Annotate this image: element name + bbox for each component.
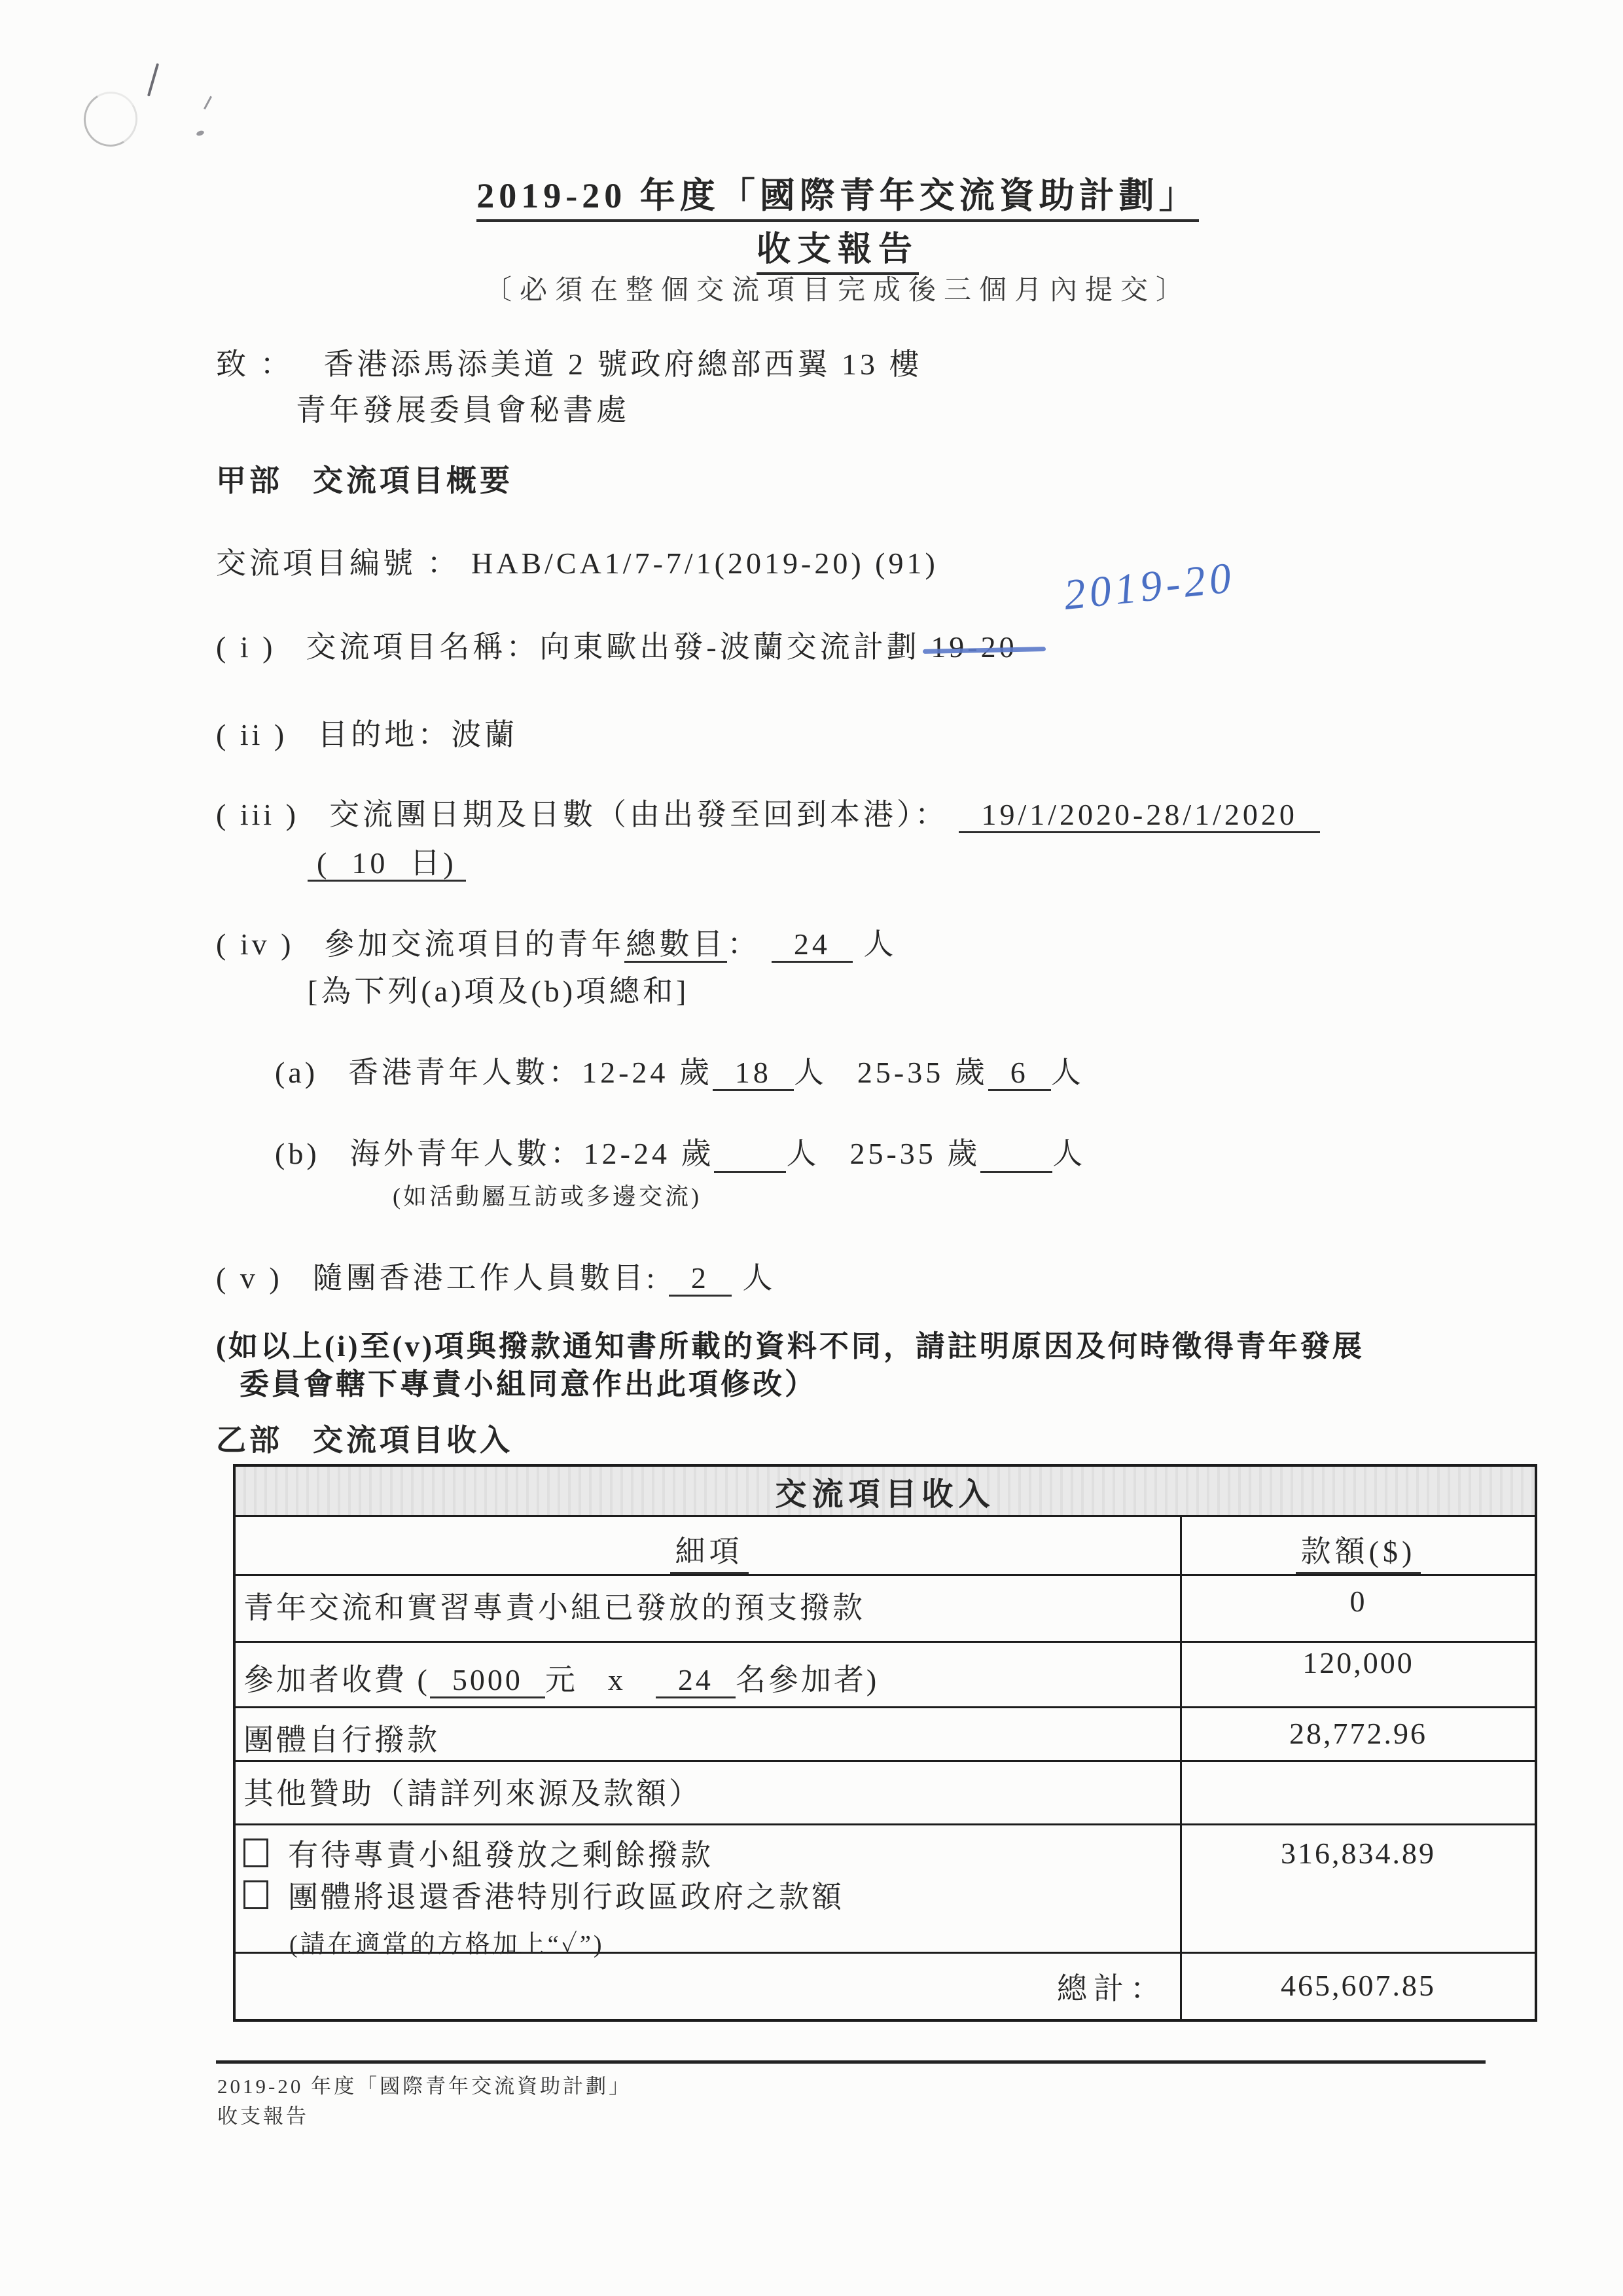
checkbox-refund-to-government[interactable]	[243, 1880, 268, 1909]
scan-artifact-dot	[196, 130, 205, 137]
document-title-line2: 收支報告	[216, 221, 1459, 270]
row2-times: x	[608, 1663, 626, 1696]
table-band-title: 交流項目收入	[236, 1467, 1535, 1515]
item-iv-line: ( iv )參加交流項目的青年總數目： 24 人	[216, 920, 897, 963]
item-ii-line: ( ii )目的地：波蘭	[216, 711, 518, 754]
section-a-title: 交流項目概要	[313, 464, 513, 497]
row2-pre: 參加者收費 (	[243, 1663, 430, 1696]
scan-artifact-mark	[204, 96, 212, 110]
total-label-cell: 總計：	[236, 1954, 1182, 2019]
col-header-amount: 款額($)	[1182, 1517, 1535, 1574]
item-ii-label: 目的地：	[317, 718, 451, 751]
title-text: 2019-20 年度「國際青年交流資助計劃」	[476, 176, 1198, 222]
row4-label: 其他贊助（請詳列來源及款額）	[243, 1777, 702, 1810]
footer-line2: 收支報告	[217, 2100, 309, 2129]
item-iii-index: ( iii )	[216, 798, 299, 831]
item-iii-days: ( 10 日)	[308, 846, 466, 882]
row5-option1: 有待專責小組發放之剩餘撥款	[243, 1835, 1175, 1871]
item-ii-index: ( ii )	[216, 718, 287, 751]
footer-line1: 2019-20 年度「國際青年交流資助計劃」	[217, 2070, 632, 2099]
item-v-unit: 人	[742, 1261, 776, 1295]
to-address-line2: 青年發展委員會秘書處	[296, 393, 630, 427]
to-address-line1: 香港添馬添美道 2 號政府總部西翼 13 樓	[324, 348, 923, 381]
document-title-line1: 2019-20 年度「國際青年交流資助計劃」	[216, 168, 1459, 218]
row2-label-cell: 參加者收費 (5000元x24名參加者)	[236, 1643, 1182, 1706]
row1-amount: 0	[1350, 1585, 1367, 1618]
total-amount-cell: 465,607.85	[1182, 1954, 1535, 2019]
section-b-title: 交流項目收入	[313, 1424, 513, 1457]
row2-amount: 120,000	[1302, 1646, 1414, 1679]
item-iii-dates: 19/1/2020-28/1/2020	[959, 798, 1319, 833]
item-a-label: 香港青年人數：	[348, 1056, 582, 1089]
item-b-index: (b)	[275, 1137, 320, 1170]
row5-options-cell: 有待專責小組發放之剩餘撥款 團體將退還香港特別行政區政府之款額 (請在適當的方格…	[236, 1825, 1182, 1952]
document-page: 2019-20 年度「國際青年交流資助計劃」 收支報告 〔必須在整個交流項目完成…	[0, 0, 1623, 2296]
addressee-line2: 青年發展委員會秘書處	[296, 386, 630, 429]
row5-option1-label: 有待專責小組發放之剩餘撥款	[288, 1831, 713, 1874]
item-iv-label-pre: 參加交流項目的青年	[324, 927, 624, 961]
amendment-note-line1: (如以上(i)至(v)項與撥款通知書所載的資料不同，請註明原因及何時徵得青年發展	[216, 1322, 1364, 1365]
row5-amount: 316,834.89	[1281, 1837, 1436, 1870]
item-iv-index: ( iv )	[216, 927, 294, 961]
row1-label-cell: 青年交流和實習專責小組已發放的預支撥款	[236, 1576, 1182, 1641]
row4-amount-cell	[1182, 1762, 1535, 1823]
scan-artifact-circle	[78, 86, 143, 152]
item-a-group2: 25-35 歲	[857, 1056, 988, 1089]
table-row-participant-fees: 參加者收費 (5000元x24名參加者) 120,000	[236, 1641, 1535, 1706]
item-i-value: 向東歐出發-波蘭交流計劃	[539, 630, 919, 664]
col-header-item: 細項	[236, 1517, 1182, 1574]
item-b-line: (b)海外青年人數：12-24 歲人25-35 歲人	[275, 1130, 1086, 1173]
row3-label-cell: 團體自行撥款	[236, 1708, 1182, 1760]
row2-post: 名參加者)	[736, 1663, 879, 1696]
income-table: 交流項目收入 細項 款額($) 青年交流和實習專責小組已發放的預支撥款 0 參加…	[233, 1464, 1537, 2022]
item-b-note: (如活動屬互訪或多邊交流)	[393, 1178, 702, 1211]
row2-amount-cell: 120,000	[1182, 1643, 1535, 1706]
item-b-unit1: 人	[786, 1137, 819, 1170]
item-i-label: 交流項目名稱：	[306, 630, 539, 664]
item-b-group1: 12-24 歲	[584, 1137, 715, 1170]
item-iii-days-line: ( 10 日)	[308, 839, 466, 882]
item-b-group2: 25-35 歲	[849, 1137, 980, 1170]
submission-deadline-note: 〔必須在整個交流項目完成後三個月內提交〕	[216, 268, 1459, 308]
row2-unit: 元	[545, 1663, 578, 1696]
row3-label: 團體自行撥款	[243, 1723, 440, 1757]
item-i-line: ( i )交流項目名稱：向東歐出發-波蘭交流計劃 19-20	[216, 623, 1018, 666]
handwritten-year-correction: 2019-20	[1061, 553, 1237, 620]
item-i-struck-year: 19-20	[931, 630, 1017, 664]
item-i-index: ( i )	[216, 630, 276, 664]
total-label: 總計：	[1057, 1965, 1167, 2008]
row3-amount: 28,772.96	[1289, 1717, 1427, 1750]
item-a-value1: 18	[713, 1056, 794, 1091]
item-iv-label-underlined: 總數目	[624, 927, 727, 963]
item-iv-unit: 人	[863, 927, 897, 961]
item-iv-total-count: 24	[772, 927, 853, 963]
project-ref-value: HAB/CA1/7-7/1(2019-20) (91)	[471, 547, 938, 580]
table-row-org-funding: 團體自行撥款 28,772.96	[236, 1706, 1535, 1760]
table-band-row: 交流項目收入	[236, 1467, 1535, 1515]
row2-fee: 5000	[430, 1663, 545, 1698]
item-v-value: 2	[669, 1261, 732, 1297]
footer-rule	[216, 2060, 1486, 2064]
item-b-value1-blank[interactable]	[714, 1142, 786, 1173]
table-row-advance-grant: 青年交流和實習專責小組已發放的預支撥款 0	[236, 1574, 1535, 1641]
scan-artifact-pen-tick	[147, 63, 159, 96]
section-b-no: 乙部	[216, 1424, 283, 1457]
project-ref-line: 交流項目編號 ： HAB/CA1/7-7/1(2019-20) (91)	[216, 539, 938, 583]
to-label: 致 ：	[216, 348, 294, 381]
item-a-index: (a)	[275, 1056, 318, 1089]
addressee-line1: 致 ：香港添馬添美道 2 號政府總部西翼 13 樓	[216, 340, 923, 384]
item-v-label: 隨團香港工作人員數目:	[313, 1261, 658, 1295]
row5-option2: 團體將退還香港特別行政區政府之款額	[243, 1876, 1175, 1913]
item-iv-sum-note: [為下列(a)項及(b)項總和]	[308, 967, 689, 1011]
row4-label-cell: 其他贊助（請詳列來源及款額）	[236, 1762, 1182, 1823]
item-ii-value: 波蘭	[451, 718, 518, 751]
item-a-unit2: 人	[1051, 1056, 1084, 1089]
item-iii-label: 交流團日期及日數（由出發至回到本港）：	[329, 798, 948, 831]
total-amount: 465,607.85	[1281, 1969, 1436, 2002]
item-b-label: 海外青年人數：	[350, 1137, 584, 1170]
item-a-value2: 6	[988, 1056, 1051, 1091]
checkbox-remaining-grant[interactable]	[243, 1839, 268, 1867]
amendment-note-line2: 委員會轄下專責小組同意作出此項修改）	[240, 1360, 817, 1403]
section-b-heading: 乙部交流項目收入	[216, 1416, 513, 1460]
section-a-heading: 甲部交流項目概要	[216, 457, 513, 500]
row2-count: 24	[656, 1663, 736, 1698]
item-a-line: (a)香港青年人數：12-24 歲18人25-35 歲6人	[275, 1049, 1084, 1092]
item-b-value2-blank[interactable]	[980, 1142, 1052, 1173]
project-ref-label: 交流項目編號 ：	[216, 547, 461, 580]
item-iii-line: ( iii )交流團日期及日數（由出發至回到本港）： 19/1/2020-28/…	[216, 791, 1320, 834]
row1-label: 青年交流和實習專責小組已發放的預支撥款	[243, 1591, 865, 1624]
table-row-remaining-grant-options: 有待專責小組發放之剩餘撥款 團體將退還香港特別行政區政府之款額 (請在適當的方格…	[236, 1823, 1535, 1952]
row1-amount-cell: 0	[1182, 1576, 1535, 1641]
row3-amount-cell: 28,772.96	[1182, 1708, 1535, 1760]
section-a-no: 甲部	[216, 464, 283, 497]
item-b-unit2: 人	[1052, 1137, 1086, 1170]
item-a-group1: 12-24 歲	[582, 1056, 713, 1089]
table-row-total: 總計： 465,607.85	[236, 1952, 1535, 2019]
row5-option2-label: 團體將退還香港特別行政區政府之款額	[288, 1873, 844, 1916]
table-row-other-sponsorship: 其他贊助（請詳列來源及款額）	[236, 1760, 1535, 1823]
item-iv-colon: ：	[727, 927, 760, 961]
item-v-line: ( v )隨團香港工作人員數目: 2 人	[216, 1254, 776, 1297]
row5-amount-cell: 316,834.89	[1182, 1825, 1535, 1952]
item-v-index: ( v )	[216, 1261, 283, 1295]
item-a-unit1: 人	[794, 1056, 827, 1089]
table-header-row: 細項 款額($)	[236, 1515, 1535, 1574]
